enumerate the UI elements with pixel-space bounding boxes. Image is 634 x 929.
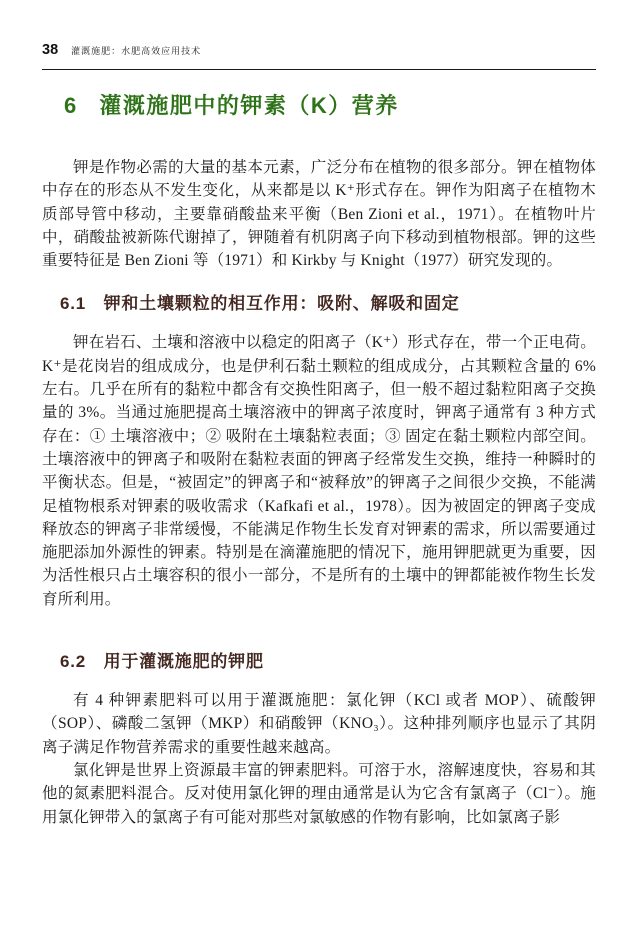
section-6-2-paragraph: 氯化钾是世界上资源最丰富的钾素肥料。可溶于水，溶解速度快，容易和其他的氮素肥料混…	[42, 759, 596, 829]
section-6-1-paragraph: 钾在岩石、土壤和溶液中以稳定的阳离子（K⁺）形式存在，带一个正电荷。K⁺是花岗岩…	[42, 331, 596, 611]
page-number: 38	[42, 42, 58, 58]
chapter-number: 6	[64, 93, 78, 118]
chapter-title: 灌溉施肥中的钾素（K）营养	[99, 93, 398, 118]
intro-paragraph: 钾是作物必需的大量的基本元素，广泛分布在植物的很多部分。钾在植物体中存在的形态从…	[42, 156, 596, 272]
book-title: 灌溉施肥：水肥高效应用技术	[71, 44, 201, 57]
page-header: 38 灌溉施肥：水肥高效应用技术	[42, 42, 596, 58]
section-heading-6-2: 6.2 用于灌溉施肥的钾肥	[60, 651, 596, 673]
section-heading-6-1: 6.1 钾和土壤颗粒的相互作用：吸附、解吸和固定	[60, 293, 596, 315]
section-title: 用于灌溉施肥的钾肥	[104, 652, 264, 671]
chapter-heading: 6 灌溉施肥中的钾素（K）营养	[64, 92, 596, 120]
book-page: 38 灌溉施肥：水肥高效应用技术 6 灌溉施肥中的钾素（K）营养 钾是作物必需的…	[0, 0, 634, 929]
section-title: 钾和土壤颗粒的相互作用：吸附、解吸和固定	[104, 294, 460, 313]
section-6-2-paragraph: 有 4 种钾素肥料可以用于灌溉施肥：氯化钾（KCl 或者 MOP）、硫酸钾（SO…	[42, 689, 596, 759]
header-rule	[42, 69, 596, 70]
section-number: 6.2	[60, 652, 86, 671]
section-number: 6.1	[60, 294, 86, 313]
